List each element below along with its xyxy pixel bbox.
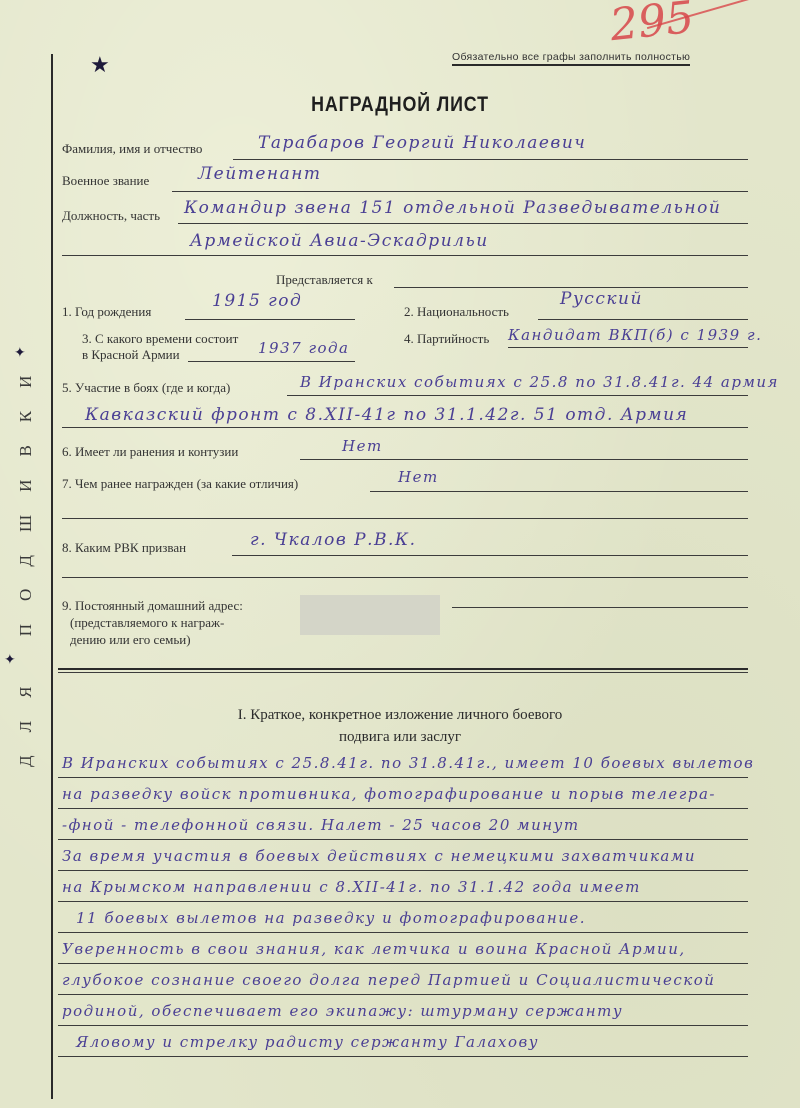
narrative-rule <box>58 808 748 809</box>
party-rule <box>508 347 748 348</box>
address-label-line2: (представляемого к награж- <box>70 615 224 631</box>
narrative-rule <box>58 777 748 778</box>
narrative-line[interactable]: родиной, обеспечивает его экипажу: штурм… <box>62 1002 623 1020</box>
narrative-line[interactable]: 11 боевых вылетов на разведку и фотограф… <box>76 909 586 927</box>
battles-label: 5. Участие в боях (где и когда) <box>62 380 230 396</box>
position-rule-2 <box>62 255 748 256</box>
service-since-label-line2: в Красной Армии <box>82 347 180 363</box>
battles-value-line2[interactable]: Кавказский фронт с 8.XII-41г по 31.1.42г… <box>85 405 688 425</box>
battles-value-line1[interactable]: В Иранских событиях с 25.8 по 31.8.41г. … <box>300 373 779 391</box>
narrative-line[interactable]: Яловому и стрелку радисту сержанту Галах… <box>76 1033 539 1051</box>
binding-margin-label: ДЛЯ ПОДШИВКИ <box>16 290 40 830</box>
pin-hole-icon: ✦ <box>14 345 26 362</box>
full-name-value[interactable]: Тарабаров Георгий Николаевич <box>258 133 586 153</box>
nationality-rule <box>538 319 748 320</box>
service-since-rule <box>188 361 355 362</box>
previous-awards-rule-1 <box>370 491 748 492</box>
rank-rule <box>172 191 748 192</box>
narrative-rule <box>58 1056 748 1057</box>
rvk-rule-2 <box>62 577 748 578</box>
narrative-rule <box>58 932 748 933</box>
previous-awards-value[interactable]: Нет <box>398 468 439 486</box>
document-title: НАГРАДНОЙ ЛИСТ <box>60 93 740 117</box>
narrative-rule <box>58 994 748 995</box>
narrative-rule <box>58 839 748 840</box>
party-label: 4. Партийность <box>404 331 489 347</box>
address-rule[interactable] <box>452 607 748 608</box>
full-name-rule <box>233 159 748 160</box>
battles-rule-2 <box>62 427 748 428</box>
award-sheet-page: ДЛЯ ПОДШИВКИ ★ ✦ ✦ 295 Обязательно все г… <box>0 0 800 1108</box>
nationality-label: 2. Национальность <box>404 304 509 320</box>
rank-value[interactable]: Лейтенант <box>198 164 322 184</box>
narrative-line[interactable]: Уверенность в свои знания, как летчика и… <box>62 940 686 958</box>
section1-title-line1: I. Краткое, конкретное изложение личного… <box>0 707 800 724</box>
narrative-rule <box>58 1025 748 1026</box>
pin-hole-icon: ✦ <box>4 652 16 669</box>
narrative-rule <box>58 963 748 964</box>
narrative-line[interactable]: на Крымском направлении с 8.XII-41г. по … <box>62 878 641 896</box>
rank-label: Военное звание <box>62 173 149 189</box>
previous-awards-rule-2 <box>62 518 748 519</box>
narrative-line[interactable]: на разведку войск противника, фотографир… <box>62 785 716 803</box>
narrative-line[interactable]: За время участия в боевых действиях с не… <box>62 847 696 865</box>
position-value-line1[interactable]: Командир звена 151 отдельной Разведывате… <box>184 198 721 218</box>
rvk-label: 8. Каким РВК призван <box>62 540 186 556</box>
full-name-label: Фамилия, имя и отчество <box>62 141 202 157</box>
narrative-line[interactable]: -фной - телефонной связи. Налет - 25 час… <box>62 816 580 834</box>
narrative-line[interactable]: В Иранских событиях с 25.8.41г. по 31.8.… <box>62 754 754 772</box>
address-label-line1: 9. Постоянный домашний адрес: <box>62 598 243 614</box>
wounds-value[interactable]: Нет <box>342 437 383 455</box>
narrative-rule <box>58 901 748 902</box>
binding-margin-line <box>51 54 53 1099</box>
star-icon: ★ <box>90 52 110 78</box>
narrative-line[interactable]: глубокое сознание своего долга перед Пар… <box>62 971 715 989</box>
address-label-line3: дению или его семьи) <box>70 632 191 648</box>
rvk-value[interactable]: г. Чкалов Р.В.К. <box>250 530 416 550</box>
fill-instruction: Обязательно все графы заполнить полность… <box>452 51 690 66</box>
birth-year-rule <box>185 319 355 320</box>
position-rule-1 <box>178 223 748 224</box>
birth-year-value[interactable]: 1915 год <box>212 291 302 311</box>
party-value[interactable]: Кандидат ВКП(б) с 1939 г. <box>508 326 762 344</box>
battles-rule-1 <box>287 395 748 396</box>
nationality-value[interactable]: Русский <box>560 289 643 309</box>
birth-year-label: 1. Год рождения <box>62 304 151 320</box>
service-since-label-line1: 3. С какого времени состоит <box>82 331 238 347</box>
position-label: Должность, часть <box>62 208 160 224</box>
wounds-label: 6. Имеет ли ранения и контузии <box>62 444 238 460</box>
narrative-rule <box>58 870 748 871</box>
wounds-rule <box>300 459 748 460</box>
section-divider-top <box>58 668 748 670</box>
section-divider-bottom <box>58 672 748 673</box>
service-since-value[interactable]: 1937 года <box>258 339 350 357</box>
position-value-line2[interactable]: Армейской Авиа-Эскадрильи <box>190 231 489 251</box>
redacted-address-block <box>300 595 440 635</box>
rvk-rule-1 <box>232 555 748 556</box>
presented-to-label: Представляется к <box>276 272 373 288</box>
previous-awards-label: 7. Чем ранее награжден (за какие отличия… <box>62 476 298 492</box>
presented-to-rule[interactable] <box>394 287 748 288</box>
section1-title-line2: подвига или заслуг <box>0 729 800 746</box>
